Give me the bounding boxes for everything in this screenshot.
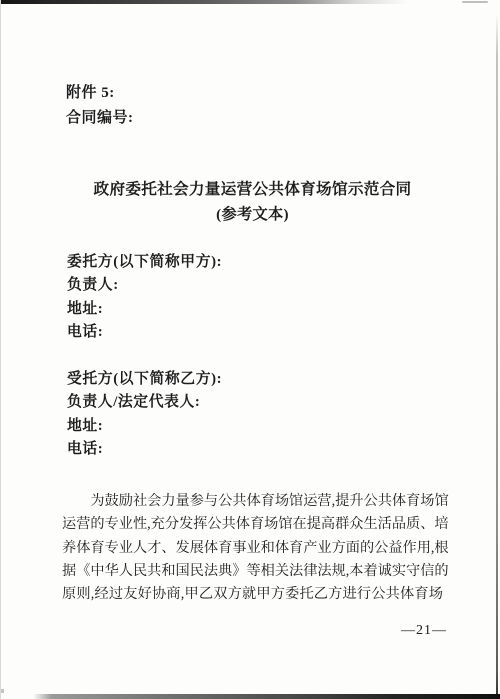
scan-artifact-bottom-band [33, 694, 500, 699]
paragraph-line-5: 原则,经过友好协商,甲乙双方就甲方委托乙方进行公共体育场 [62, 583, 443, 606]
document-meta: 附件 5: 合同编号: [66, 81, 134, 130]
scan-artifact-top-right-mark [462, 1, 488, 3]
attachment-label: 附件 5: [66, 81, 134, 106]
party-b-phone-label: 电话: [67, 438, 222, 461]
contract-number-label: 合同编号: [66, 106, 134, 131]
paragraph-line-3: 养体育专业人才、发展体育事业和体育产业方面的公益作用,根 [62, 537, 443, 560]
document-title: 政府委托社会力量运营公共体育场馆示范合同 [55, 177, 450, 199]
document-page: 附件 5: 合同编号: 政府委托社会力量运营公共体育场馆示范合同 (参考文本) … [0, 0, 500, 699]
party-b-block: 受托方(以下简称乙方): 负责人/法定代表人: 地址: 电话: [67, 368, 222, 462]
party-b-legal-representative-label: 负责人/法定代表人: [67, 391, 222, 414]
party-a-phone-label: 电话: [67, 321, 222, 344]
paragraph-line-4: 据《中华人民共和国民法典》等相关法律法规,本着诚实守信的 [62, 560, 443, 583]
party-b-address-label: 地址: [67, 415, 222, 438]
scan-artifact-top-band [0, 0, 420, 4]
paragraph-line-1: 为鼓励社会力量参与公共体育场馆运营,提升公共体育场馆 [62, 490, 443, 513]
scan-artifact-left-edge-line [0, 0, 1, 699]
paragraph-line-2: 运营的专业性,充分发挥公共体育场馆在提高群众生活品质、培 [62, 513, 443, 536]
party-a-address-label: 地址: [67, 298, 222, 321]
party-a-person-in-charge-label: 负责人: [67, 274, 222, 297]
party-a-block: 委托方(以下简称甲方): 负责人: 地址: 电话: [67, 251, 222, 345]
scan-artifact-right-edge-line [496, 14, 498, 699]
preamble-paragraph: 为鼓励社会力量参与公共体育场馆运营,提升公共体育场馆 运营的专业性,充分发挥公共… [62, 490, 443, 606]
page-number: —21— [401, 623, 447, 639]
party-b-entrusted-party-label: 受托方(以下简称乙方): [67, 368, 222, 391]
document-subtitle: (参考文本) [55, 203, 450, 224]
party-a-entrusting-party-label: 委托方(以下简称甲方): [67, 251, 222, 274]
